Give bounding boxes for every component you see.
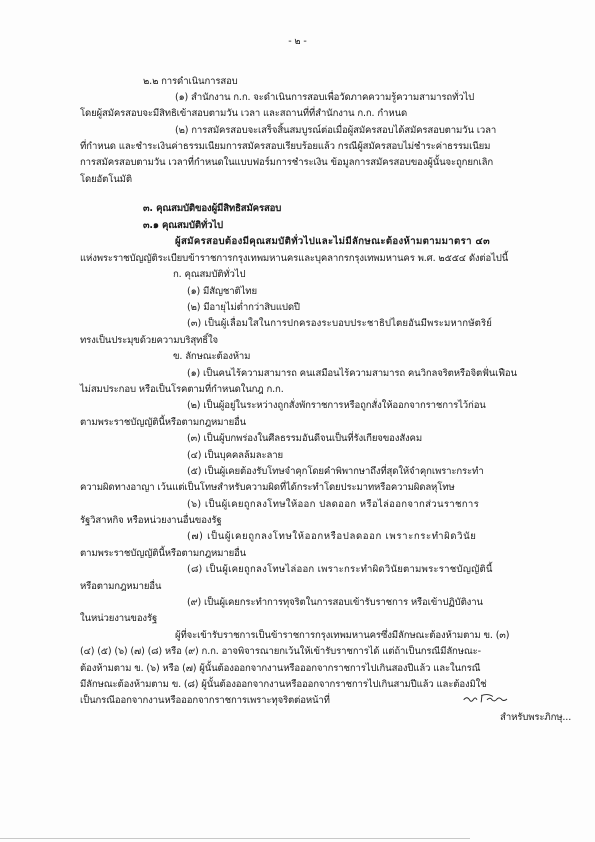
qualification-item-cont: ทรงเป็นประมุขด้วยความบริสุทธิ์ใจ [80,335,218,347]
prohibition-item: (๑) เป็นคนไร้ความสามารถ คนเสมือนไร้ความส… [187,368,517,380]
prohibition-item: (๕) เป็นผู้เคยต้องรับโทษจำคุกโดยคำพิพากษ… [187,466,484,478]
prohibition-item-cont: หรือตามกฎหมายอื่น [80,581,161,593]
section-2-2-item2-cont: การสมัครสอบตามวัน เวลาที่กำหนดในแบบฟอร์ม… [80,157,493,169]
exception-paragraph: ผู้ที่จะเข้ารับราชการเป็นข้าราชการกรุงเท… [175,630,509,642]
qualifications-heading: ก. คุณสมบัติทั่วไป [173,269,245,281]
qualification-item: (๓) เป็นผู้เลื่อมใสในการปกครองระบอบประชา… [187,318,492,330]
section-2-2-item2-cont: ที่กำหนด และชำระเงินค่าธรรมเนียมการสมัคร… [80,141,490,153]
section-2-2-item1-cont: โดยผู้สมัครสอบจะมีสิทธิเข้าสอบตามวัน เวล… [80,108,407,120]
prohibition-item: (๖) เป็นผู้เคยถูกลงโทษให้ออก ปลดออก หรือ… [187,499,479,511]
section-3-1-heading: ๓.๑ คุณสมบัติทั่วไป [143,220,223,232]
prohibition-item: (๘) เป็นผู้เคยถูกลงโทษไล่ออก เพราะกระทำผ… [187,564,493,576]
prohibition-item-cont: ความผิดทางอาญา เว้นแต่เป็นโทษสำหรับความผ… [80,482,455,494]
prohibition-item-cont: ไม่สมประกอบ หรือเป็นโรคตามที่กำหนดในกฎ ก… [80,384,284,396]
section-2-2-heading: ๒.๒ การดำเนินการสอบ [143,76,238,88]
exception-paragraph-cont: เป็นกรณีออกจากงานหรือออกจากราชการเพราะทุ… [80,695,330,707]
prohibition-item: (๙) เป็นผู้เคยกระทำการทุจริตในการสอบเข้า… [187,597,483,609]
page-number: - ๒ - [0,36,595,48]
prohibitions-heading: ข. ลักษณะต้องห้าม [173,351,250,363]
signature-initials-icon [462,692,512,706]
section-3-1-intro-cont: แห่งพระราชบัญญัติระเบียบข้าราชการกรุงเทพ… [80,253,508,265]
section-3-1-intro: ผู้สมัครสอบต้องมีคุณสมบัติทั่วไปและไม่มี… [175,236,490,248]
prohibition-item: (๗) เป็นผู้เคยถูกลงโทษให้ออกหรือปลดออก เ… [187,531,477,543]
exception-paragraph-cont: มีลักษณะต้องห้ามตาม ข. (๘) ผู้นั้นต้องออ… [80,679,487,691]
section-2-2-item2-cont: โดยอัตโนมัติ [80,174,132,186]
continuation-catchword: สำหรับพระภิกษุ... [500,712,571,724]
exception-paragraph-cont: (๔) (๕) (๖) (๗) (๘) หรือ (๙) ก.ก. อาจพิจ… [80,646,481,658]
section-2-2-item2: (๒) การสมัครสอบจะเสร็จสิ้นสมบูรณ์ต่อเมื่… [175,125,496,137]
prohibition-item-cont: ในหน่วยงานของรัฐ [80,613,157,625]
exception-paragraph-cont: ต้องห้ามตาม ข. (๖) หรือ (๗) ผู้นั้นต้องอ… [80,663,480,675]
prohibition-item: (๒) เป็นผู้อยู่ในระหว่างถูกสั่งพักราชการ… [187,400,486,412]
scan-edge-line [0,838,470,839]
section-2-2-item1: (๑) สำนักงาน ก.ก. จะดำเนินการสอบเพื่อวัด… [175,92,474,104]
section-3-heading: ๓. คุณสมบัติของผู้มีสิทธิสมัครสอบ [143,203,281,215]
prohibition-item-cont: ตามพระราชบัญญัตินี้หรือตามกฎหมายอื่น [80,417,246,429]
qualification-item: (๒) มีอายุไม่ต่ำกว่าสิบแปดปี [187,302,300,314]
document-page: - ๒ - ๒.๒ การดำเนินการสอบ (๑) สำนักงาน ก… [0,0,595,842]
prohibition-item: (๓) เป็นผู้บกพร่องในศีลธรรมอันดีจนเป็นที… [187,433,422,445]
qualification-item: (๑) มีสัญชาติไทย [187,286,257,298]
prohibition-item-cont: รัฐวิสาหกิจ หรือหน่วยงานอื่นของรัฐ [80,515,222,527]
prohibition-item-cont: ตามพระราชบัญญัตินี้หรือตามกฎหมายอื่น [80,548,246,560]
prohibition-item: (๔) เป็นบุคคลล้มละลาย [187,450,283,462]
